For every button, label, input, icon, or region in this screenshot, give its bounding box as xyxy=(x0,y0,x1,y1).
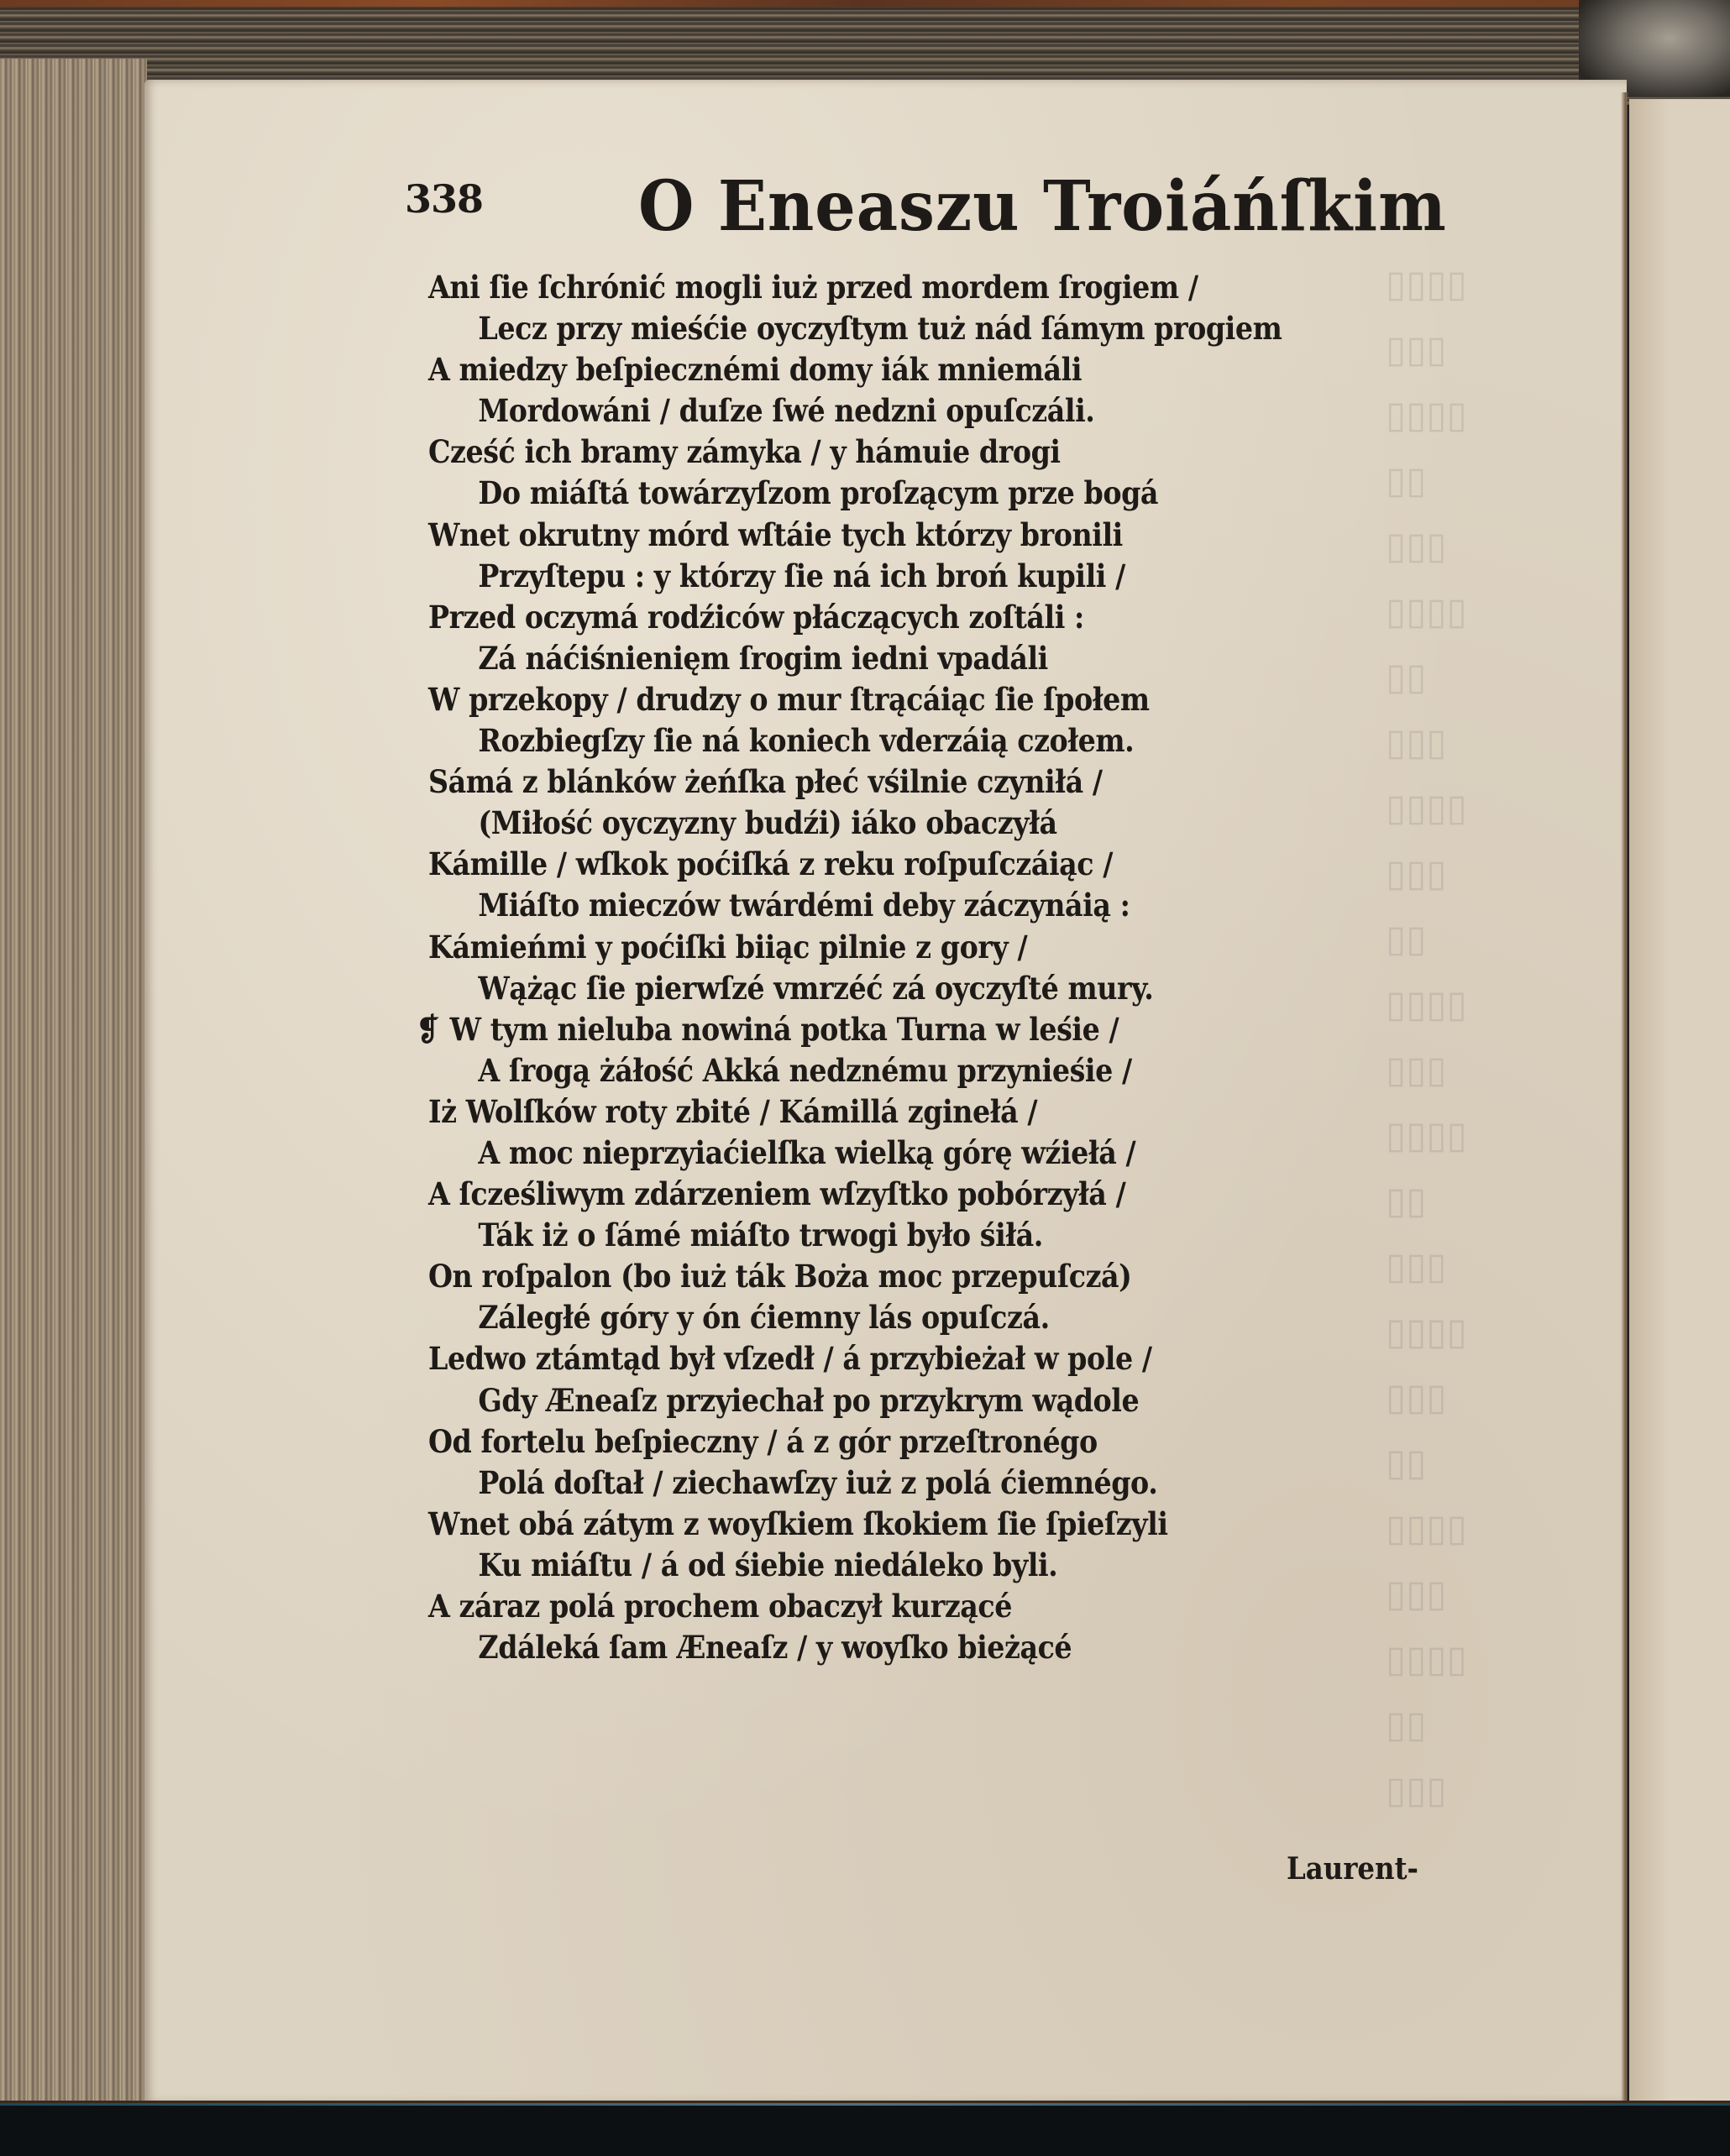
verse-text: Do miáſtá towárzyſzom proſzącym prze bog… xyxy=(478,474,1158,511)
verse-line: Rozbiegſzy ſie ná koniech vderzáią czołe… xyxy=(428,720,1335,761)
verse-text: Rozbiegſzy ſie ná koniech vderzáią czołe… xyxy=(478,722,1134,759)
verse-line: Mordowáni / duſze ſwé nedzni opuſczáli. xyxy=(428,390,1335,432)
pilcrow-icon: ❡ xyxy=(417,1011,439,1048)
verse-text: Zdáleká ſam Æneaſz / y woyſko bieżącé xyxy=(478,1629,1072,1666)
verse-text: Cześć ich bramy zámyka / y hámuie drogi xyxy=(428,433,1061,470)
verse-line: Wnet okrutny mórd wſtáie tych którzy bro… xyxy=(428,515,1335,556)
verse-line: Ták iż o ſámé miáſto trwogi było śiłá. xyxy=(428,1215,1335,1256)
verse-text: A moc nieprzyiaćielſka wielką górę wźieł… xyxy=(478,1134,1135,1171)
book-fore-edge-leaves xyxy=(0,59,147,2107)
verse-text: Wnet okrutny mórd wſtáie tych którzy bro… xyxy=(428,516,1123,553)
verse-line: Cześć ich bramy zámyka / y hámuie drogi xyxy=(428,432,1335,473)
verse-line: Przyſtepu : y którzy ſie ná ich broń kup… xyxy=(428,556,1335,597)
verse-line: A záraz polá prochem obaczył kurzącé xyxy=(428,1586,1335,1627)
verse-line: Lecz przy mieśćie oyczyſtym tuż nád ſámy… xyxy=(428,308,1335,349)
verse-text-block: Ani ſie ſchrónić mogli iuż przed mordem … xyxy=(428,267,1436,1668)
verse-line: Wnet obá zátym z woyſkiem ſkokiem ſie ſp… xyxy=(428,1504,1335,1545)
verse-text: Polá doſtał / ziechawſzy iuż z polá ćiem… xyxy=(478,1464,1157,1501)
verse-text: Od fortelu beſpieczny / á z gór przeſtro… xyxy=(428,1423,1098,1460)
verse-line: Kámieńmi y poćiſki biiąc pilnie z gory / xyxy=(428,927,1335,968)
catchword: Laurent- xyxy=(1287,1851,1418,1886)
verse-text: A ſcześliwym zdárzeniem wſzyſtko pobórzy… xyxy=(428,1175,1125,1212)
verse-text: Záległé góry y ón ćiemny lás opuſczá. xyxy=(478,1299,1049,1336)
verse-text: W przekopy / drudzy o mur ſtrącáiąc ſie … xyxy=(428,681,1150,718)
verse-line: Do miáſtá towárzyſzom proſzącym prze bog… xyxy=(428,473,1335,514)
verse-text: Ták iż o ſámé miáſto trwogi było śiłá. xyxy=(478,1217,1043,1253)
verse-text: Miáſto mieczów twárdémi deby záczynáią : xyxy=(478,887,1130,924)
verse-line: Przed oczymá rodźiców płáczących zoſtáli… xyxy=(428,597,1335,638)
verse-line: (Miłość oyczyzny budźi) iáko obaczyłá xyxy=(428,803,1335,844)
verse-text: Kámille / wſkok poćiſká z reku roſpuſczá… xyxy=(428,845,1113,882)
verse-line: Sámá z blánków żeńſka płeć vśilnie czyni… xyxy=(428,761,1335,803)
verse-line: A ſcześliwym zdárzeniem wſzyſtko pobórzy… xyxy=(428,1174,1335,1215)
verse-text: Przyſtepu : y którzy ſie ná ich broń kup… xyxy=(478,557,1124,594)
verse-text: Sámá z blánków żeńſka płeć vśilnie czyni… xyxy=(428,763,1103,800)
verse-line: Záległé góry y ón ćiemny lás opuſczá. xyxy=(428,1297,1335,1338)
verse-line: Polá doſtał / ziechawſzy iuż z polá ćiem… xyxy=(428,1463,1335,1504)
verse-line: ❡W tym nieluba nowiná potka Turna w leśi… xyxy=(428,1009,1335,1050)
running-head: O Eneaszu Troiáńſkim xyxy=(638,166,1247,247)
verse-line: A miedzy beſpiecznémi domy iák mniemáli xyxy=(428,349,1335,390)
verse-line: Kámille / wſkok poćiſká z reku roſpuſczá… xyxy=(428,844,1335,885)
verse-text: Lecz przy mieśćie oyczyſtym tuż nád ſámy… xyxy=(478,310,1282,347)
verse-text: Zá náćiśnienięm ſrogim iedni vpadáli xyxy=(478,640,1047,677)
verse-text: Przed oczymá rodźiców płáczących zoſtáli… xyxy=(428,599,1084,636)
verse-line: Ku miáſtu / á od śiebie niedáleko byli. xyxy=(428,1545,1335,1586)
verse-line: Zá náćiśnienięm ſrogim iedni vpadáli xyxy=(428,638,1335,679)
verse-text: Kámieńmi y poćiſki biiąc pilnie z gory / xyxy=(428,929,1027,965)
verse-line: Wążąc ſie pierwſzé vmrzéć zá oyczyſté mu… xyxy=(428,968,1335,1009)
verse-line: Iż Wolſków roty zbité / Kámillá zginełá … xyxy=(428,1091,1335,1133)
verse-line: Miáſto mieczów twárdémi deby záczynáią : xyxy=(428,885,1335,926)
verse-line: Ledwo ztámtąd był vſzedł / á przybieżał … xyxy=(428,1338,1335,1379)
verse-text: Ledwo ztámtąd był vſzedł / á przybieżał … xyxy=(428,1340,1152,1377)
verse-line: Ani ſie ſchrónić mogli iuż przed mordem … xyxy=(428,267,1335,308)
page-gutter-fold xyxy=(1621,92,1629,2103)
page-number: 338 xyxy=(405,176,483,222)
verse-line: Zdáleká ſam Æneaſz / y woyſko bieżącé xyxy=(428,1627,1335,1668)
verse-text: W tym nieluba nowiná potka Turna w leśie… xyxy=(450,1011,1119,1048)
verse-line: W przekopy / drudzy o mur ſtrącáiąc ſie … xyxy=(428,679,1335,720)
verse-line: A moc nieprzyiaćielſka wielką górę wźieł… xyxy=(428,1133,1335,1174)
verse-line: A ſrogą żáłość Akká nedznému przynieśie … xyxy=(428,1050,1335,1091)
verse-text: Iż Wolſków roty zbité / Kámillá zginełá … xyxy=(428,1093,1037,1130)
verse-text: (Miłość oyczyzny budźi) iáko obaczyłá xyxy=(478,804,1056,841)
recto-page-edge xyxy=(1629,99,1730,2101)
verse-line: On roſpalon (bo iuż ták Boża moc przepuſ… xyxy=(428,1256,1335,1297)
verse-text: A miedzy beſpiecznémi domy iák mniemáli xyxy=(428,351,1082,388)
verse-text: On roſpalon (bo iuż ták Boża moc przepuſ… xyxy=(428,1258,1131,1295)
verse-text: Mordowáni / duſze ſwé nedzni opuſczáli. xyxy=(478,392,1094,429)
verse-text: Wążąc ſie pierwſzé vmrzéć zá oyczyſté mu… xyxy=(478,970,1153,1007)
verse-text: Wnet obá zátym z woyſkiem ſkokiem ſie ſp… xyxy=(428,1505,1168,1542)
verse-text: Ani ſie ſchrónić mogli iuż przed mordem … xyxy=(428,269,1198,306)
verse-line: Od fortelu beſpieczny / á z gór przeſtro… xyxy=(428,1421,1335,1463)
verse-text: A ſrogą żáłość Akká nedznému przynieśie … xyxy=(478,1052,1131,1089)
verse-text: Ku miáſtu / á od śiebie niedáleko byli. xyxy=(478,1546,1057,1583)
scan-background-bottom xyxy=(0,2101,1730,2156)
verse-text: A záraz polá prochem obaczył kurzącé xyxy=(428,1588,1012,1625)
verse-text: Gdy Æneaſz przyiechał po przykrym wądole xyxy=(478,1382,1139,1419)
verse-line: Gdy Æneaſz przyiechał po przykrym wądole xyxy=(428,1380,1335,1421)
